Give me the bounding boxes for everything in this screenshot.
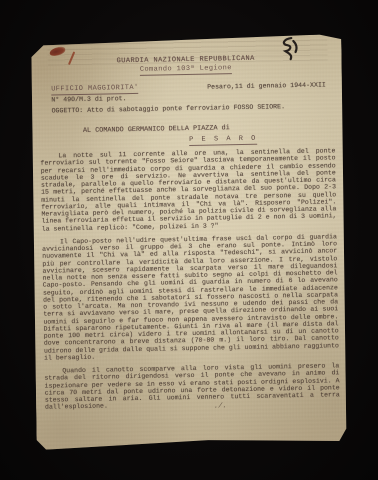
letter-body: La notte sul 11 corrente alle ore una, l… [40,147,340,417]
body-paragraph-2: Il Capo-posto nell'udire quest'ultima fr… [42,233,339,362]
subject-line: OGGETTO: Atto di sabotaggio ponte ferrov… [52,103,286,114]
body-paragraph-1: La notte sul 11 corrente alle ore una, l… [40,147,336,232]
addressee-city: P E S A R O [189,135,257,146]
red-pencil-blotch [49,46,66,57]
office-label: UFFICIO MAGGIORITA' [51,84,139,96]
addressee-line: AL COMANDO GERMANICO DELLA PIAZZA di [83,124,230,135]
continuation-mark: ./. [214,402,227,410]
date-line: Pesaro,11 di gennaio 1944-XXII [207,81,326,90]
addressee-city-wrap: P E S A R O [189,135,257,144]
protocol-number: N° 490/M.3 di prot. [51,95,126,103]
scanned-document-view: GUARDIA NAZIONALE REPUBBLICANA Comando 1… [0,0,378,480]
document-page: GUARDIA NAZIONALE REPUBBLICANA Comando 1… [29,34,348,450]
org-unit: Comando 103ª Legione [140,64,232,76]
body-paragraph-3: Quando il canotto scomparve alla loro vi… [44,362,340,411]
office-label-wrap: UFFICIO MAGGIORITA' [51,84,139,94]
